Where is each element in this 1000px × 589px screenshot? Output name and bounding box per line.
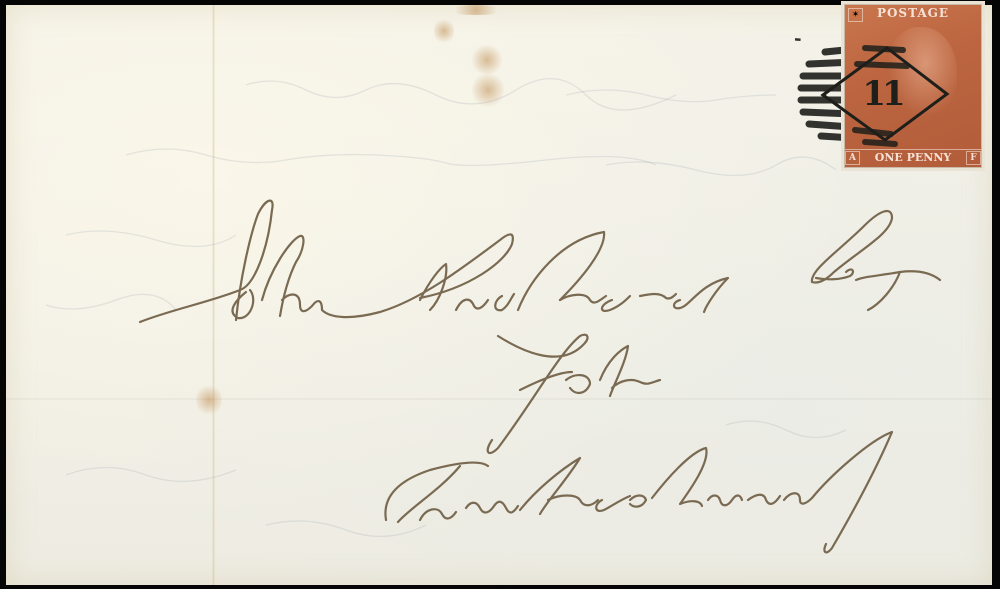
address-line-title: Solr — [490, 350, 573, 396]
address-line-name: John Richards Esq — [140, 240, 513, 286]
address-line-town: Tewkesbury — [380, 460, 623, 506]
